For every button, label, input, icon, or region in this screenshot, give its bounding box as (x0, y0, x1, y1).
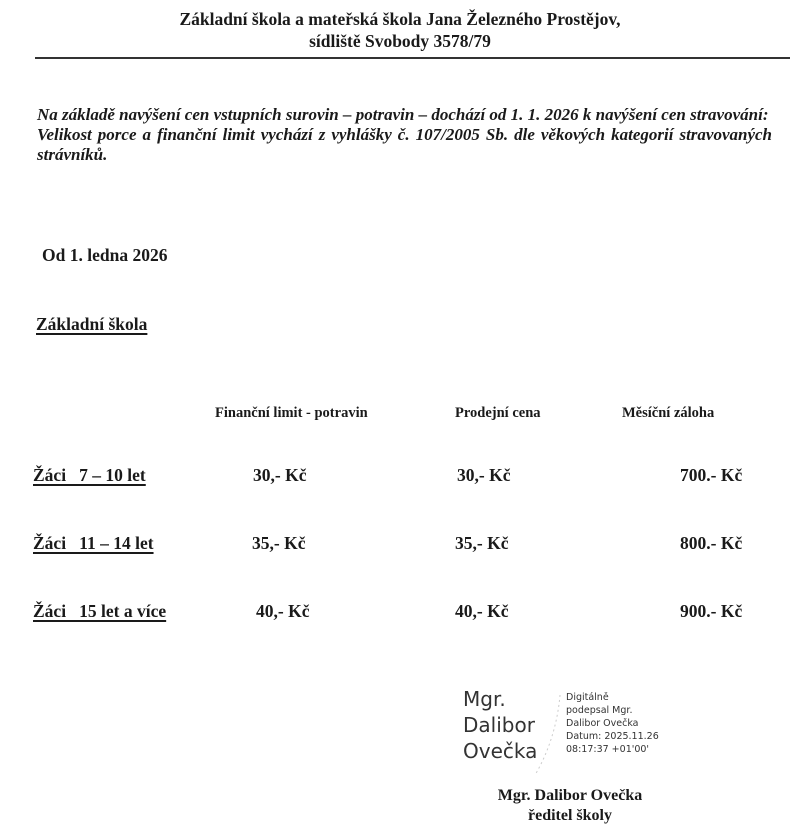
row-category: Žáci 11 – 14 let (33, 533, 154, 554)
school-address: sídliště Svobody 3578/79 (0, 30, 800, 52)
signatory-title: ředitel školy (470, 806, 670, 826)
signatory-name: Mgr. Dalibor Ovečka (470, 786, 670, 806)
row-limit: 35,- Kč (252, 533, 305, 554)
row-category: Žáci 7 – 10 let (33, 465, 146, 486)
signature-detail-line: podepsal Mgr. (566, 704, 659, 717)
row-price: 30,- Kč (457, 465, 510, 486)
intro-text: Na základě navýšení cen vstupních surovi… (37, 105, 772, 165)
signatory-block: Mgr. Dalibor Ovečka ředitel školy (470, 786, 670, 826)
row-deposit: 700.- Kč (680, 465, 742, 486)
row-limit: 40,- Kč (256, 601, 309, 622)
digital-signature-details: Digitálně podepsal Mgr. Dalibor Ovečka D… (566, 691, 659, 756)
column-header-deposit: Měsíční záloha (622, 405, 714, 422)
row-price: 40,- Kč (455, 601, 508, 622)
row-price: 35,- Kč (455, 533, 508, 554)
school-name: Základní škola a mateřská škola Jana Žel… (0, 8, 800, 30)
effective-date: Od 1. ledna 2026 (42, 245, 167, 266)
column-header-price: Prodejní cena (455, 405, 541, 422)
signature-stroke-icon (520, 690, 570, 780)
document-header: Základní škola a mateřská škola Jana Žel… (0, 8, 800, 52)
row-category: Žáci 15 let a více (33, 601, 166, 622)
row-deposit: 800.- Kč (680, 533, 742, 554)
intro-paragraph-2: Velikost porce a finanční limit vychází … (37, 125, 772, 165)
column-header-limit: Finanční limit - potravin (215, 405, 368, 422)
signature-detail-line: Digitálně (566, 691, 659, 704)
section-title: Základní škola (36, 314, 147, 335)
intro-paragraph-1: Na základě navýšení cen vstupních surovi… (37, 105, 772, 125)
row-limit: 30,- Kč (253, 465, 306, 486)
header-divider (35, 57, 790, 59)
row-deposit: 900.- Kč (680, 601, 742, 622)
signature-detail-line: Dalibor Ovečka (566, 717, 659, 730)
signature-detail-line: Datum: 2025.11.26 (566, 730, 659, 743)
signature-detail-line: 08:17:37 +01'00' (566, 743, 659, 756)
